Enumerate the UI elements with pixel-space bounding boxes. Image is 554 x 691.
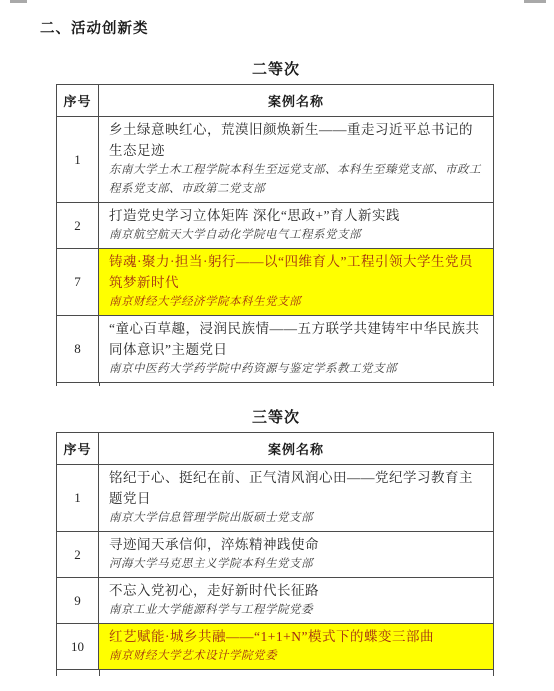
table-row-highlighted: 10 红艺赋能·城乡共融——“1+1+N”模式下的蝶变三部曲 南京财经大学艺术设…	[57, 624, 494, 670]
case-title: 打造党史学习立体矩阵 深化“思政+”育人新实践	[109, 205, 485, 226]
case-organization: 南京航空航天大学自动化学院电气工程系党支部	[109, 226, 485, 245]
case-organization: 南京财经大学经济学院本科生党支部	[109, 293, 485, 312]
table-header-row: 序号 案例名称	[57, 433, 494, 465]
case-cell: 打造党史学习立体矩阵 深化“思政+”育人新实践 南京航空航天大学自动化学院电气工…	[99, 203, 494, 249]
case-cell-highlighted: 红艺赋能·城乡共融——“1+1+N”模式下的蝶变三部曲 南京财经大学艺术设计学院…	[99, 624, 494, 670]
case-title: 寻迹闻天承信仰，淬炼精神践使命	[109, 534, 485, 555]
case-title: 铭纪于心、挺纪在前、正气清风润心田——党纪学习教育主题党日	[109, 467, 485, 509]
second-class-table: 序号 案例名称 1 乡土绿意映红心，荒漠旧颜焕新生——重走习近平总书记的生态足迹…	[56, 84, 494, 383]
case-title: 红艺赋能·城乡共融——“1+1+N”模式下的蝶变三部曲	[109, 626, 485, 647]
case-title: 乡土绿意映红心，荒漠旧颜焕新生——重走习近平总书记的生态足迹	[109, 119, 485, 161]
row-number: 1	[57, 117, 99, 203]
table-row: 2 打造党史学习立体矩阵 深化“思政+”育人新实践 南京航空航天大学自动化学院电…	[57, 203, 494, 249]
table-row: 8 “童心百草趣，浸润民族情——五方联学共建铸牢中华民族共同体意识”主题党日 南…	[57, 316, 494, 383]
section-title: 二、活动创新类	[40, 17, 554, 38]
row-number: 9	[57, 578, 99, 624]
third-class-table: 序号 案例名称 1 铭纪于心、挺纪在前、正气清风润心田——党纪学习教育主题党日 …	[56, 432, 494, 670]
row-number: 2	[57, 532, 99, 578]
case-cell-highlighted: 铸魂·聚力·担当·躬行——以“四维育人”工程引领大学生党员筑梦新时代 南京财经大…	[99, 249, 494, 316]
case-organization: 南京中医药大学药学院中药资源与鉴定学系教工党支部	[109, 360, 485, 379]
second-class-section: 二等次 序号 案例名称 1 乡土绿意映红心，荒漠旧颜焕新生——重走习近平总书记的…	[56, 58, 496, 386]
case-organization: 南京财经大学艺术设计学院党委	[109, 647, 485, 666]
table-cutoff-border	[56, 670, 494, 676]
case-title: 铸魂·聚力·担当·躬行——以“四维育人”工程引领大学生党员筑梦新时代	[109, 251, 485, 293]
row-number: 7	[57, 249, 99, 316]
table-row: 1 乡土绿意映红心，荒漠旧颜焕新生——重走习近平总书记的生态足迹 东南大学土木工…	[57, 117, 494, 203]
case-cell: 寻迹闻天承信仰，淬炼精神践使命 河海大学马克思主义学院本科生党支部	[99, 532, 494, 578]
page-edge-mark-right	[524, 0, 546, 3]
case-organization: 东南大学土木工程学院本科生至远党支部、本科生至臻党支部、市政工程系党支部、市政第…	[109, 161, 485, 199]
row-number: 1	[57, 465, 99, 532]
case-organization: 南京大学信息管理学院出版硕士党支部	[109, 509, 485, 528]
row-number: 8	[57, 316, 99, 383]
case-organization: 南京工业大学能源科学与工程学院党委	[109, 601, 485, 620]
table-row: 1 铭纪于心、挺纪在前、正气清风润心田——党纪学习教育主题党日 南京大学信息管理…	[57, 465, 494, 532]
page-edge-mark-left	[10, 0, 27, 3]
table-heading-third-class: 三等次	[56, 406, 496, 427]
row-number: 2	[57, 203, 99, 249]
table-row: 2 寻迹闻天承信仰，淬炼精神践使命 河海大学马克思主义学院本科生党支部	[57, 532, 494, 578]
case-title: “童心百草趣，浸润民族情——五方联学共建铸牢中华民族共同体意识”主题党日	[109, 318, 485, 360]
column-header-case-name: 案例名称	[99, 433, 494, 465]
table-heading-second-class: 二等次	[56, 58, 496, 79]
table-row-highlighted: 7 铸魂·聚力·担当·躬行——以“四维育人”工程引领大学生党员筑梦新时代 南京财…	[57, 249, 494, 316]
document-page: 二、活动创新类 二等次 序号 案例名称 1 乡土绿意映红心，荒漠旧颜焕新生——重…	[0, 17, 554, 676]
row-number: 10	[57, 624, 99, 670]
table-header-row: 序号 案例名称	[57, 85, 494, 117]
case-cell: 不忘入党初心，走好新时代长征路 南京工业大学能源科学与工程学院党委	[99, 578, 494, 624]
case-cell: 铭纪于心、挺纪在前、正气清风润心田——党纪学习教育主题党日 南京大学信息管理学院…	[99, 465, 494, 532]
case-cell: “童心百草趣，浸润民族情——五方联学共建铸牢中华民族共同体意识”主题党日 南京中…	[99, 316, 494, 383]
column-header-no: 序号	[57, 85, 99, 117]
table-cutoff-border	[56, 383, 494, 386]
case-organization: 河海大学马克思主义学院本科生党支部	[109, 555, 485, 574]
third-class-section: 三等次 序号 案例名称 1 铭纪于心、挺纪在前、正气清风润心田——党纪学习教育主…	[56, 406, 496, 676]
column-header-case-name: 案例名称	[99, 85, 494, 117]
case-cell: 乡土绿意映红心，荒漠旧颜焕新生——重走习近平总书记的生态足迹 东南大学土木工程学…	[99, 117, 494, 203]
column-header-no: 序号	[57, 433, 99, 465]
case-title: 不忘入党初心，走好新时代长征路	[109, 580, 485, 601]
table-row: 9 不忘入党初心，走好新时代长征路 南京工业大学能源科学与工程学院党委	[57, 578, 494, 624]
